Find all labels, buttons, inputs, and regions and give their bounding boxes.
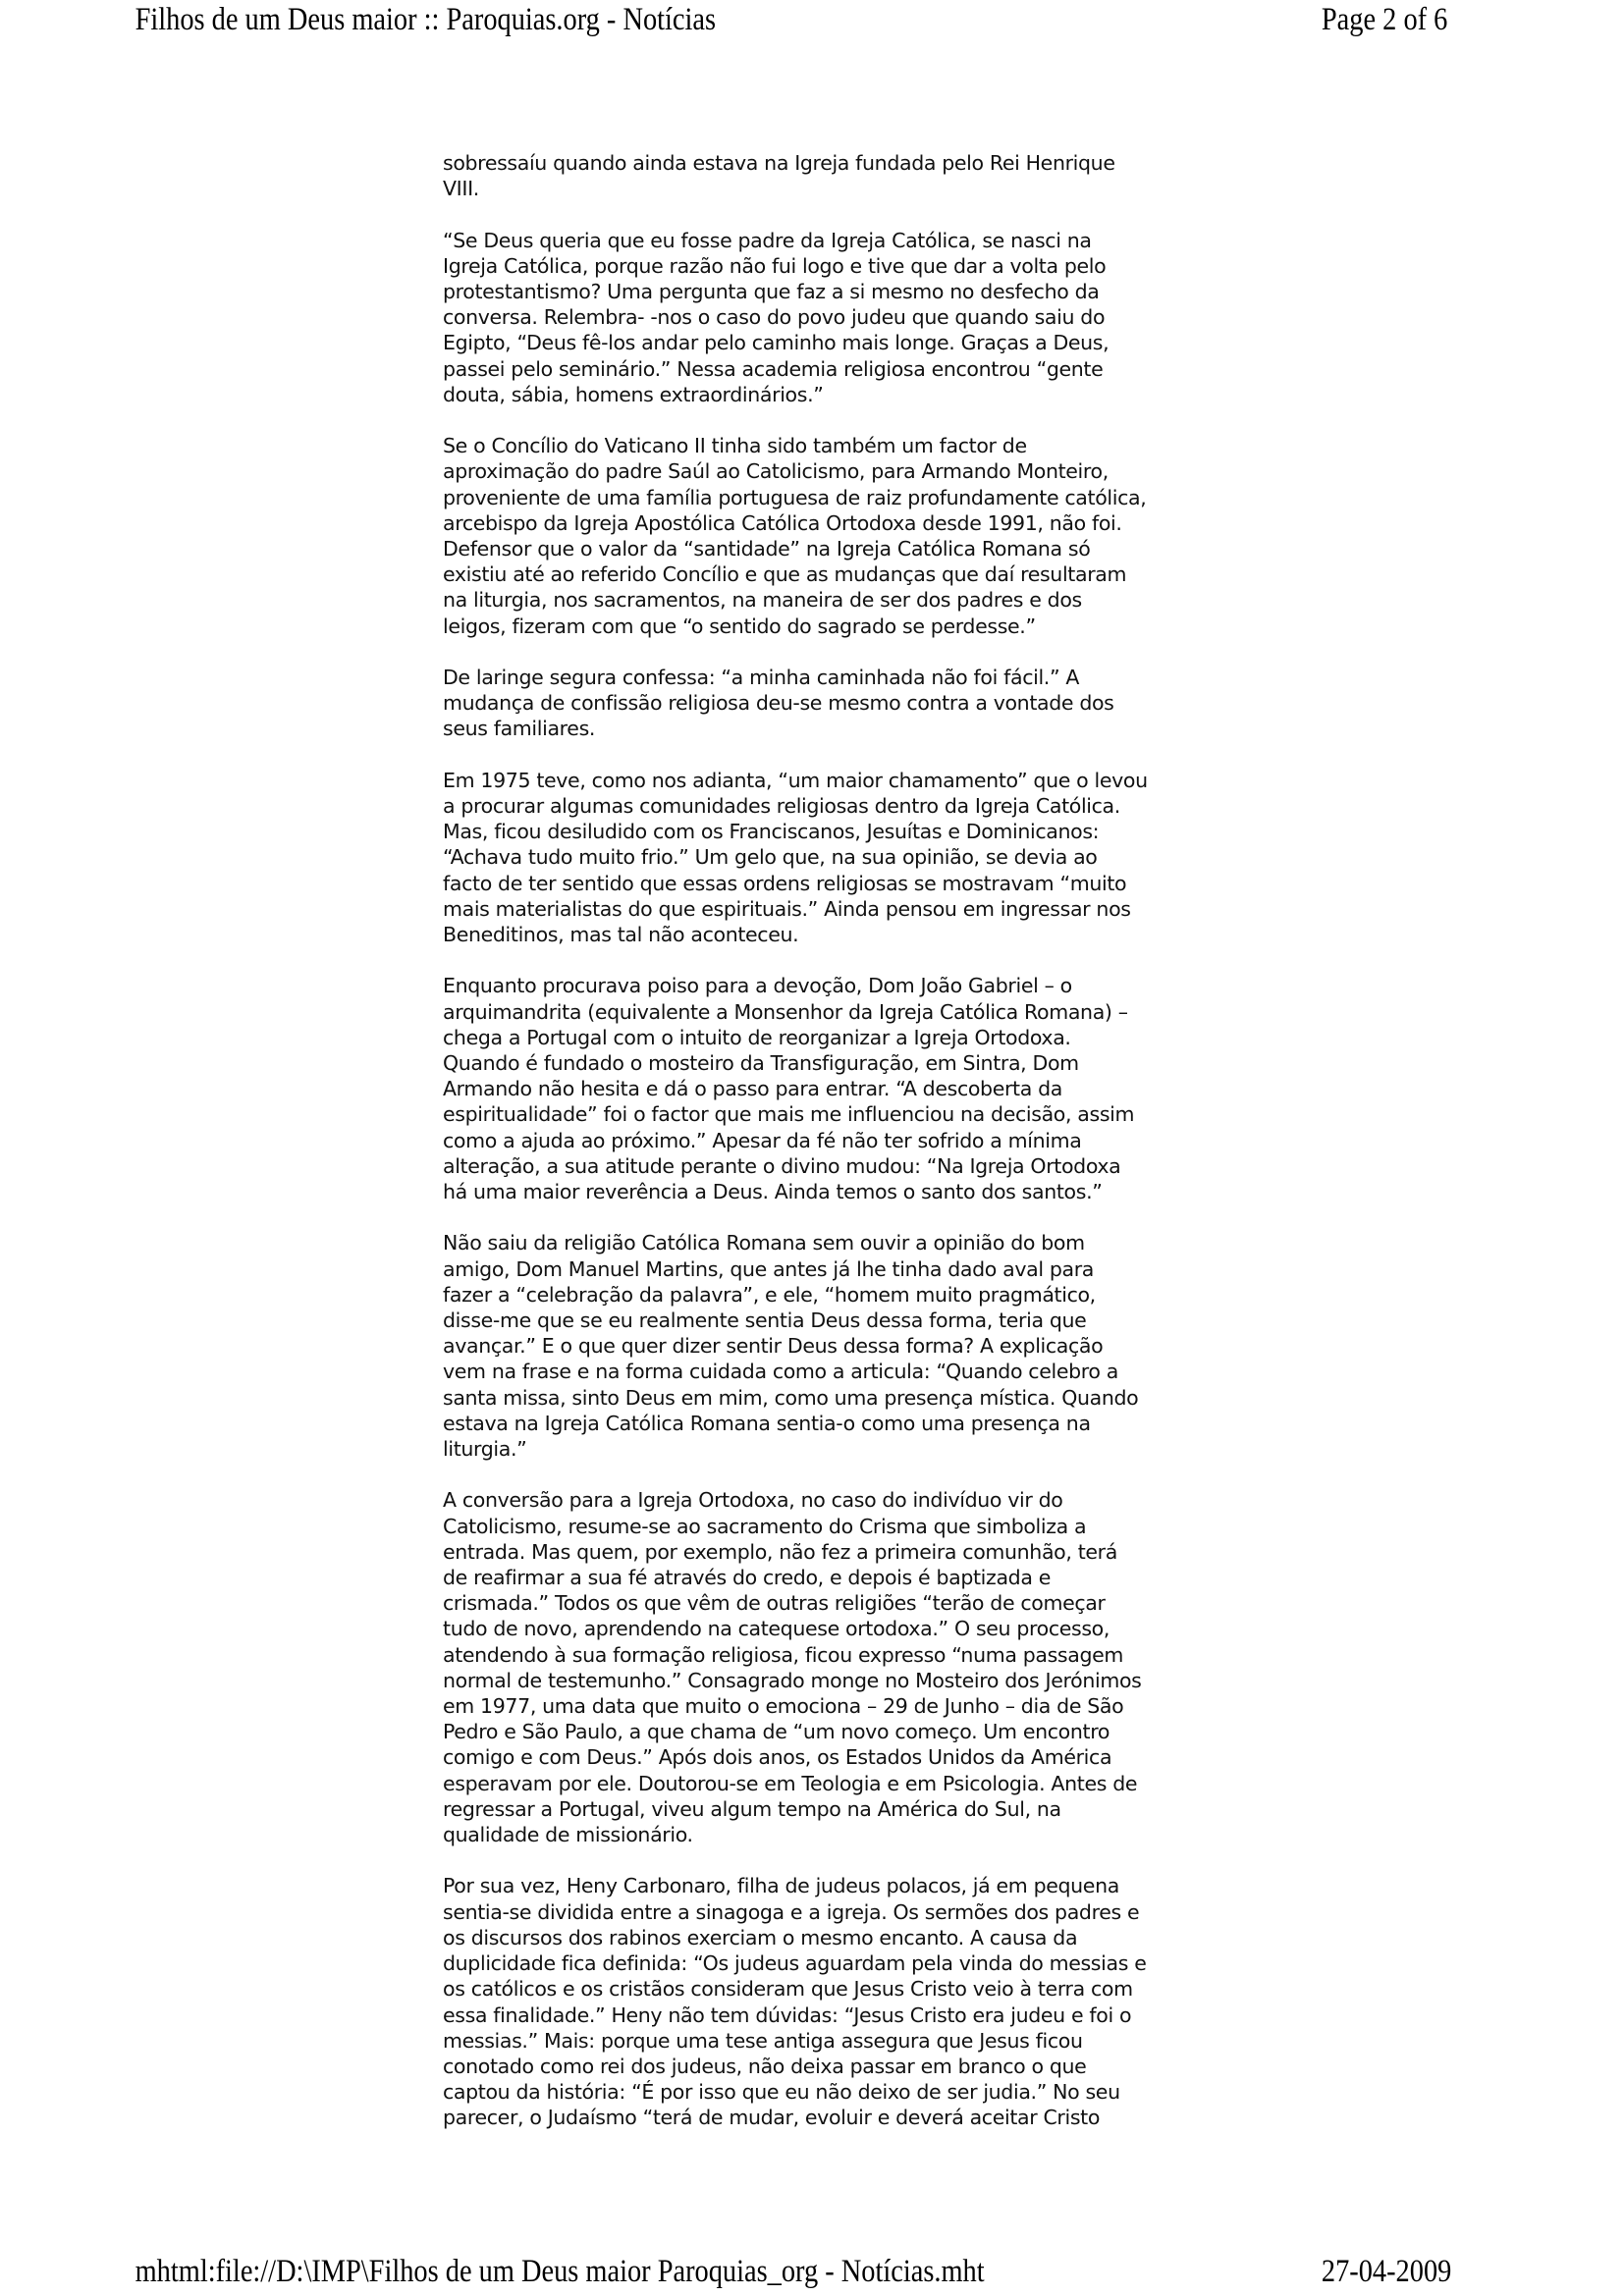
paragraph-concilio-vaticano: Se o Concílio do Vaticano II tinha sido … (443, 433, 1218, 639)
paragraph-dom-joao-gabriel: Enquanto procurava poiso para a devoção,… (443, 973, 1218, 1204)
page-indicator: Page 2 of 6 (1322, 0, 1447, 39)
paragraph-henrique-viii: sobressaíu quando ainda estava na Igreja… (443, 150, 1218, 201)
paragraph-heny-carbonaro: Por sua vez, Heny Carbonaro, filha de ju… (443, 1873, 1218, 2130)
paragraph-em-1975: Em 1975 teve, como nos adianta, “um maio… (443, 768, 1218, 947)
paragraph-se-deus-queria: “Se Deus queria que eu fosse padre da Ig… (443, 228, 1218, 407)
document-title: Filhos de um Deus maior :: Paroquias.org… (135, 0, 716, 39)
print-date: 27-04-2009 (1322, 2252, 1451, 2291)
source-path: mhtml:file://D:\IMP\Filhos de um Deus ma… (135, 2252, 985, 2291)
paragraph-dom-manuel-martins: Não saiu da religião Católica Romana sem… (443, 1230, 1218, 1462)
paragraph-laringe-segura: De laringe segura confessa: “a minha cam… (443, 665, 1218, 742)
article-body: sobressaíu quando ainda estava na Igreja… (443, 150, 1218, 2157)
paragraph-conversao-ortodoxa: A conversão para a Igreja Ortodoxa, no c… (443, 1487, 1218, 1847)
